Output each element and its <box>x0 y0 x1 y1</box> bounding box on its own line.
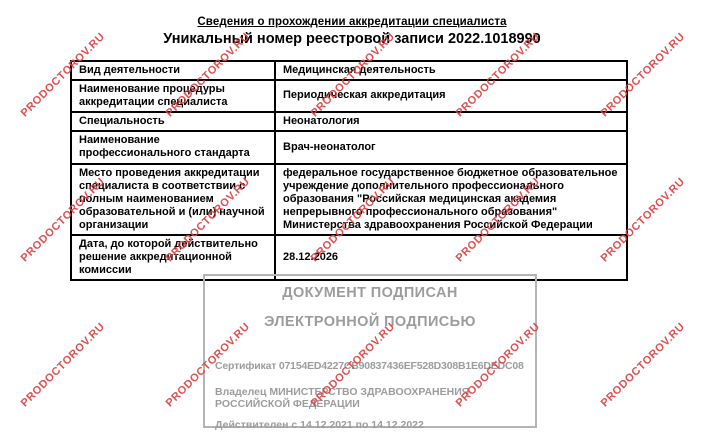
row-value-standard: Врач-неонатолог <box>275 131 627 164</box>
certificate-label: Сертификат <box>215 360 276 372</box>
electronic-signature-box: ДОКУМЕНТ ПОДПИСАН ЭЛЕКТРОННОЙ ПОДПИСЬЮ С… <box>203 274 537 428</box>
watermark-text: PRODOCTOROV.RU <box>599 321 688 410</box>
owner-label: Владелец <box>215 386 266 398</box>
row-value-procedure: Периодическая аккредитация <box>275 80 627 112</box>
accreditation-table: Вид деятельности Медицинская деятельност… <box>70 60 628 281</box>
document-title: Сведения о прохождении аккредитации спец… <box>0 16 704 28</box>
certificate-value: 07154ED4227CB90837436EF528D308B1E6DEDC08 <box>279 360 524 372</box>
owner-line: Владелец МИНИСТЕРСТВО ЗДРАВООХРАНЕНИЯ РО… <box>215 386 525 410</box>
table-row: Наименование профессионального стандарта… <box>71 131 627 164</box>
row-label-place: Место проведения аккредитации специалист… <box>71 164 275 235</box>
accreditation-document: { "page": { "title": "Сведения о прохожд… <box>0 0 704 440</box>
validity-line: Действителен с 14.12.2021 по 14.12.2022 <box>215 419 525 431</box>
row-value-activity: Медицинская деятельность <box>275 61 627 80</box>
table-row: Специальность Неонатология <box>71 112 627 131</box>
row-label-valid-until: Дата, до которой действительно решение а… <box>71 235 275 280</box>
row-label-procedure: Наименование процедуры аккредитации спец… <box>71 80 275 112</box>
row-label-specialty: Специальность <box>71 112 275 131</box>
table-row: Наименование процедуры аккредитации спец… <box>71 80 627 112</box>
signature-heading-line2: ЭЛЕКТРОННОЙ ПОДПИСЬЮ <box>205 314 535 330</box>
certificate-line: Сертификат 07154ED4227CB90837436EF528D30… <box>215 360 525 372</box>
row-value-place: федеральное государственное бюджетное об… <box>275 164 627 235</box>
watermark-text: PRODOCTOROV.RU <box>19 321 108 410</box>
row-label-standard: Наименование профессионального стандарта <box>71 131 275 164</box>
row-value-valid-until: 28.12.2026 <box>275 235 627 280</box>
registry-number-subtitle: Уникальный номер реестровой записи 2022.… <box>0 31 704 47</box>
table-row: Вид деятельности Медицинская деятельност… <box>71 61 627 80</box>
table-row: Место проведения аккредитации специалист… <box>71 164 627 235</box>
signature-heading-line1: ДОКУМЕНТ ПОДПИСАН <box>205 285 535 301</box>
row-label-activity: Вид деятельности <box>71 61 275 80</box>
row-value-specialty: Неонатология <box>275 112 627 131</box>
table-row: Дата, до которой действительно решение а… <box>71 235 627 280</box>
